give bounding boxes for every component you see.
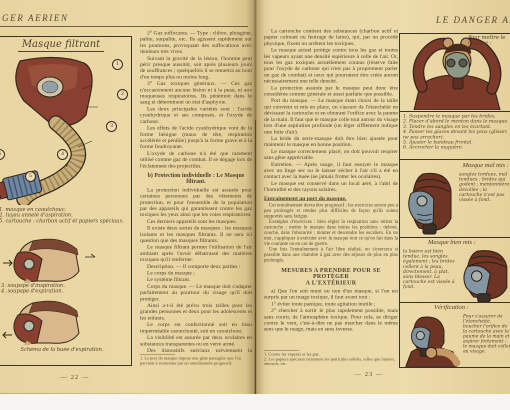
- left-page-header: GER AERIEN: [2, 13, 69, 23]
- donning-steps-section: 1. Suspendre le masque par les brides.2.…: [400, 111, 510, 160]
- open-book-spread: GER AERIEN Masque filtrant: [0, 0, 510, 394]
- left-text-column: 2° Gaz suffocants. — Type : chlore, phos…: [140, 30, 252, 352]
- paragraph: Exemples d'exercices : bien régler la re…: [264, 220, 398, 247]
- paragraph: La cartouche contient des substances (ch…: [264, 28, 398, 47]
- valve-label: 4. soupape d'expiration.: [1, 289, 125, 295]
- footnote-rule: [140, 354, 175, 355]
- paragraph: Corps du masque. — Le masque doit s'adap…: [140, 283, 252, 302]
- paragraph: Entretien. — Après usage, il faut essuye…: [264, 161, 398, 180]
- paragraph: Le masque filtrant permet l'utilisation …: [140, 244, 252, 263]
- paragraph: Entraînement au port du masque.: [264, 195, 398, 201]
- right-footnotes: 1. Contre les vapeurs et les gaz.2. Les …: [264, 350, 398, 368]
- paragraph: 1° éviter toute panique, toute agitation…: [264, 301, 398, 307]
- badly-fitted-mask-head: [404, 170, 456, 236]
- paragraph: Le système filtrant.: [140, 277, 252, 283]
- page-right: LE DANGER AERIEN La cartouche contient d…: [254, 0, 510, 394]
- paragraph: Des dispositifs spéciaux préviennent la …: [140, 347, 252, 352]
- valve-labels: 3. soupape d'inspiration.4. soupape d'ex…: [1, 283, 125, 294]
- paragraph: 2° chercher à sortir le plus rapidement …: [264, 308, 398, 333]
- mask-instructions-panel: Pour mettre le masque : 1. Suspendre le …: [399, 33, 510, 368]
- book-scan: GER AERIEN Masque filtrant: [0, 0, 510, 410]
- paragraph: La protection assurée par le masque peut…: [264, 85, 398, 97]
- step-line: 6. Accrocher la nuquière.: [403, 145, 510, 150]
- bad-fit-section: Masque mal mis : sangles tordues, mal te…: [400, 159, 510, 238]
- paragraph: La protection individuelle est assurée p…: [140, 187, 252, 218]
- mask-cutaway-illustration: [0, 55, 124, 205]
- paragraph: 2° Gaz suffocants. — Type : chlore, phos…: [140, 30, 252, 55]
- check-section: Vérification : Pour s'assurer de l'étanc…: [400, 302, 510, 368]
- good-fit-text: la lisière est bien tendue, les sangles …: [403, 249, 455, 290]
- paragraph: Suivant la gravité de la lésion, l'homme…: [140, 55, 252, 80]
- footnote-text: 1. Le port du masque impose une gêne pas…: [140, 356, 241, 366]
- paragraph: Il existe deux sortes de masques : les m…: [140, 225, 252, 244]
- donning-section: Pour mettre le masque :: [400, 34, 510, 111]
- paragraph: Le corps est confectionné soit en tissu …: [140, 322, 252, 334]
- bad-fit-text: sangles tordues, mal tendues ; brides qu…: [459, 172, 510, 203]
- paragraph: L'oxyde de carbone n'a été que rarement …: [140, 150, 252, 169]
- paragraph: Le masque est conservé dans un local aér…: [264, 180, 398, 192]
- figure-part-labels: 1. masque en caoutchouc.2. tuyau annelé …: [0, 207, 125, 224]
- paragraph: Le masque actuel protège contre tous les…: [264, 47, 398, 84]
- paragraph: A L'EXTÉRIEUR: [264, 279, 398, 285]
- paragraph: Les effets de l'acide cyanhydrique vont …: [140, 125, 252, 150]
- figure-title: Masque filtrant: [0, 39, 131, 50]
- paragraph: Cet entraînement devra être progressif ;…: [264, 203, 398, 219]
- paragraph: Description. — Il comporte deux parties …: [140, 263, 252, 269]
- check-text: Pour s'assurer de l'étanchéité, boucher …: [463, 314, 510, 354]
- donning-steps: 1. Suspendre le masque par les brides.2.…: [403, 114, 510, 150]
- part-label: 5. cartouche : charbon actif et papiers …: [0, 218, 125, 224]
- inspiration-schema-head: [0, 237, 111, 283]
- callout-number: 3: [106, 121, 117, 132]
- expiration-schema-head: [0, 299, 111, 345]
- callout-number: 1: [112, 59, 123, 70]
- donning-caption: Pour mettre le masque :: [468, 35, 510, 46]
- paragraph: Ces derniers appareils sont les masques.: [140, 218, 252, 224]
- paragraph: Ainsi a-t-il été prévu trois tailles pou…: [140, 303, 252, 322]
- right-text-column: La cartouche contient des substances (ch…: [264, 28, 398, 348]
- paragraph: MESURES A PRENDRE POUR SE PROTÉGER: [264, 267, 398, 279]
- mask-diagram-panel: Masque filtrant 123456: [0, 36, 132, 366]
- well-fitted-mask-head: [459, 248, 510, 302]
- good-fit-title: Masque bien mis :: [428, 239, 476, 246]
- left-header-rule: [0, 26, 248, 27]
- page-left: GER AERIEN Masque filtrant: [0, 0, 254, 394]
- paragraph: Une fois l'entraînement à l'air libre ré…: [264, 247, 398, 263]
- left-footnote: 1. Le port du masque impose une gêne pas…: [140, 354, 252, 372]
- callout-number: 5: [25, 171, 36, 182]
- paragraph: La visibilité est assurée par deux ocula…: [140, 335, 252, 347]
- paragraph: Le corps du masque ;: [140, 270, 252, 276]
- step-line: 4. Passer les glaces devant les yeux (gl…: [403, 130, 510, 140]
- book-fold-stitch-line: [255, 120, 256, 394]
- paragraph: Les deux principales variétés sont : l'a…: [140, 106, 252, 125]
- paragraph: Le masque correctement placé, on doit po…: [264, 148, 398, 160]
- right-page-number: — 23 —: [339, 371, 399, 378]
- good-fit-section: Masque bien mis : la lisière est bien te…: [400, 237, 510, 303]
- footnote-rule: [264, 350, 299, 351]
- right-page-header: LE DANGER AERIEN: [436, 15, 510, 25]
- callout-number: 4: [57, 149, 68, 160]
- tightness-check-illustration: [404, 315, 464, 367]
- paragraph: a) Que l'on soit muni ou non d'un masque…: [264, 288, 398, 300]
- paragraph: b) Protection individuelle : Le Masque f…: [140, 172, 252, 184]
- schema-caption: Schéma de la buée d'expiration.: [0, 347, 127, 353]
- left-page-number: — 22 —: [40, 374, 110, 381]
- scanner-background: [0, 394, 510, 410]
- paragraph: La bride du serre-masque doit être bien …: [264, 135, 398, 147]
- check-title: Vérification :: [434, 304, 469, 311]
- bad-fit-title: Masque mal mis :: [463, 162, 509, 169]
- paragraph: Port du masque. — Le masque étant choisi…: [264, 98, 398, 135]
- footnote-text: 2. Les papiers spéciaux retiennent les p…: [264, 357, 398, 367]
- paragraph: 3° Gaz toxiques généraux. — Ces gaz n'oc…: [140, 81, 252, 106]
- callout-number: 2: [117, 89, 128, 100]
